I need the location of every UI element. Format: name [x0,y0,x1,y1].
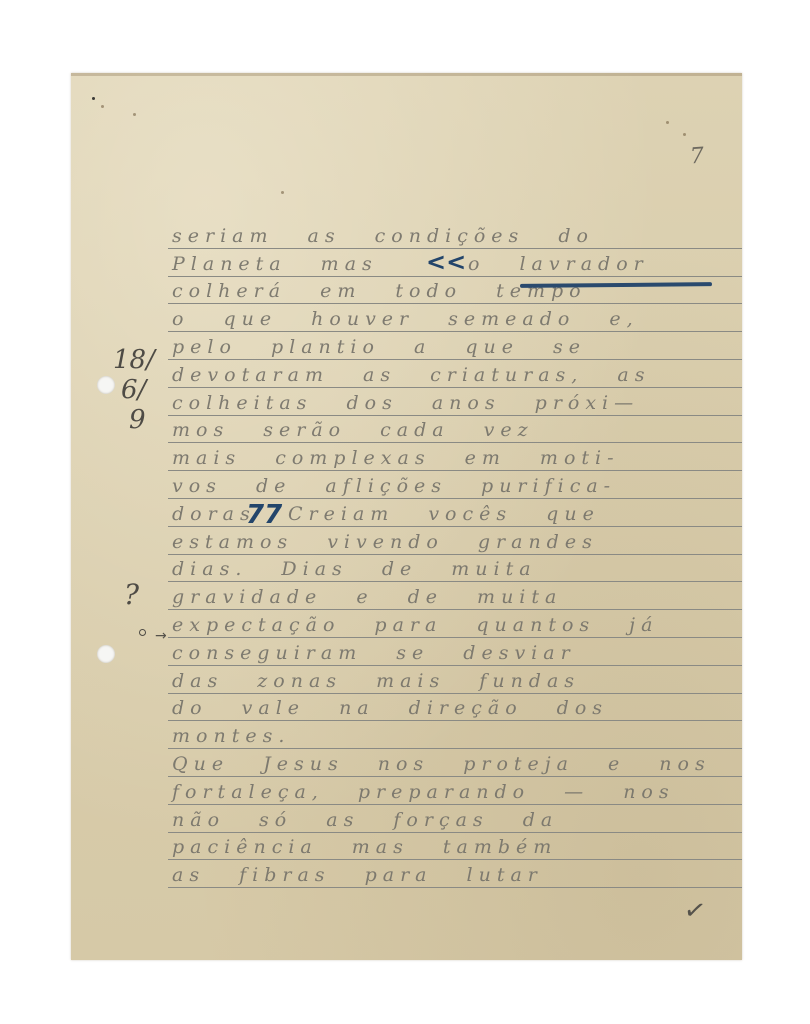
text-line: não só as forças da [168,805,742,833]
paper-speck [666,121,669,124]
date-year: 9 [129,405,163,435]
paper-speck [133,113,136,116]
blue-quote-mark: 77 [246,500,282,530]
text-line: paciência mas também [168,833,742,861]
blue-double-arrow-mark: << [426,248,466,276]
date-day: 18/ [113,345,163,375]
text-line: conseguiram se desviar [168,638,742,666]
text-line: as fibras para lutar [168,860,742,888]
punch-hole-lower [97,645,115,663]
text-line: das zonas mais fundas [168,666,742,694]
text-line: devotaram as criaturas, as [168,360,742,388]
text-line: mais complexas em moti- [168,443,742,471]
text-line: estamos vivendo grandes [168,527,742,555]
date-month: 6/ [121,375,163,405]
blue-annotated-text: o lavrador [468,253,649,275]
margin-circle-dot [139,629,146,636]
margin-arrow-icon: → [155,628,167,644]
text-line: colherá em todo tempo [168,277,742,305]
text-line: gravidade e de muita [168,582,742,610]
text-line: expectação para quantos já [168,610,742,638]
corner-pencil-dot [92,97,95,100]
paper-speck [281,191,284,194]
text-line: montes. [168,721,742,749]
text-line: mos serão cada vez [168,416,742,444]
ruled-text-block: seriam as condições do Planeta mas << o … [168,221,742,888]
margin-date: 18/ 6/ 9 [113,345,163,435]
paper-speck [101,105,104,108]
text-line: Planeta mas << o lavrador [168,249,742,277]
text-line: doras 77 Creiam vocês que [168,499,742,527]
text-line: pelo plantio a que se [168,332,742,360]
text-line: Que Jesus nos proteja e nos [168,749,742,777]
text-line: fortaleça, preparando — nos [168,777,742,805]
text-line: colheitas dos anos próxi— [168,388,742,416]
text-line: do vale na direção dos [168,694,742,722]
text-line: vos de aflições purifica- [168,471,742,499]
paper-speck [683,133,686,136]
page-number: 7 [689,144,705,170]
text-line: dias. Dias de muita [168,555,742,583]
text-line: seriam as condições do [168,221,742,249]
text-line: o que houver semeado e, [168,304,742,332]
margin-question-mark: ? [124,578,139,611]
